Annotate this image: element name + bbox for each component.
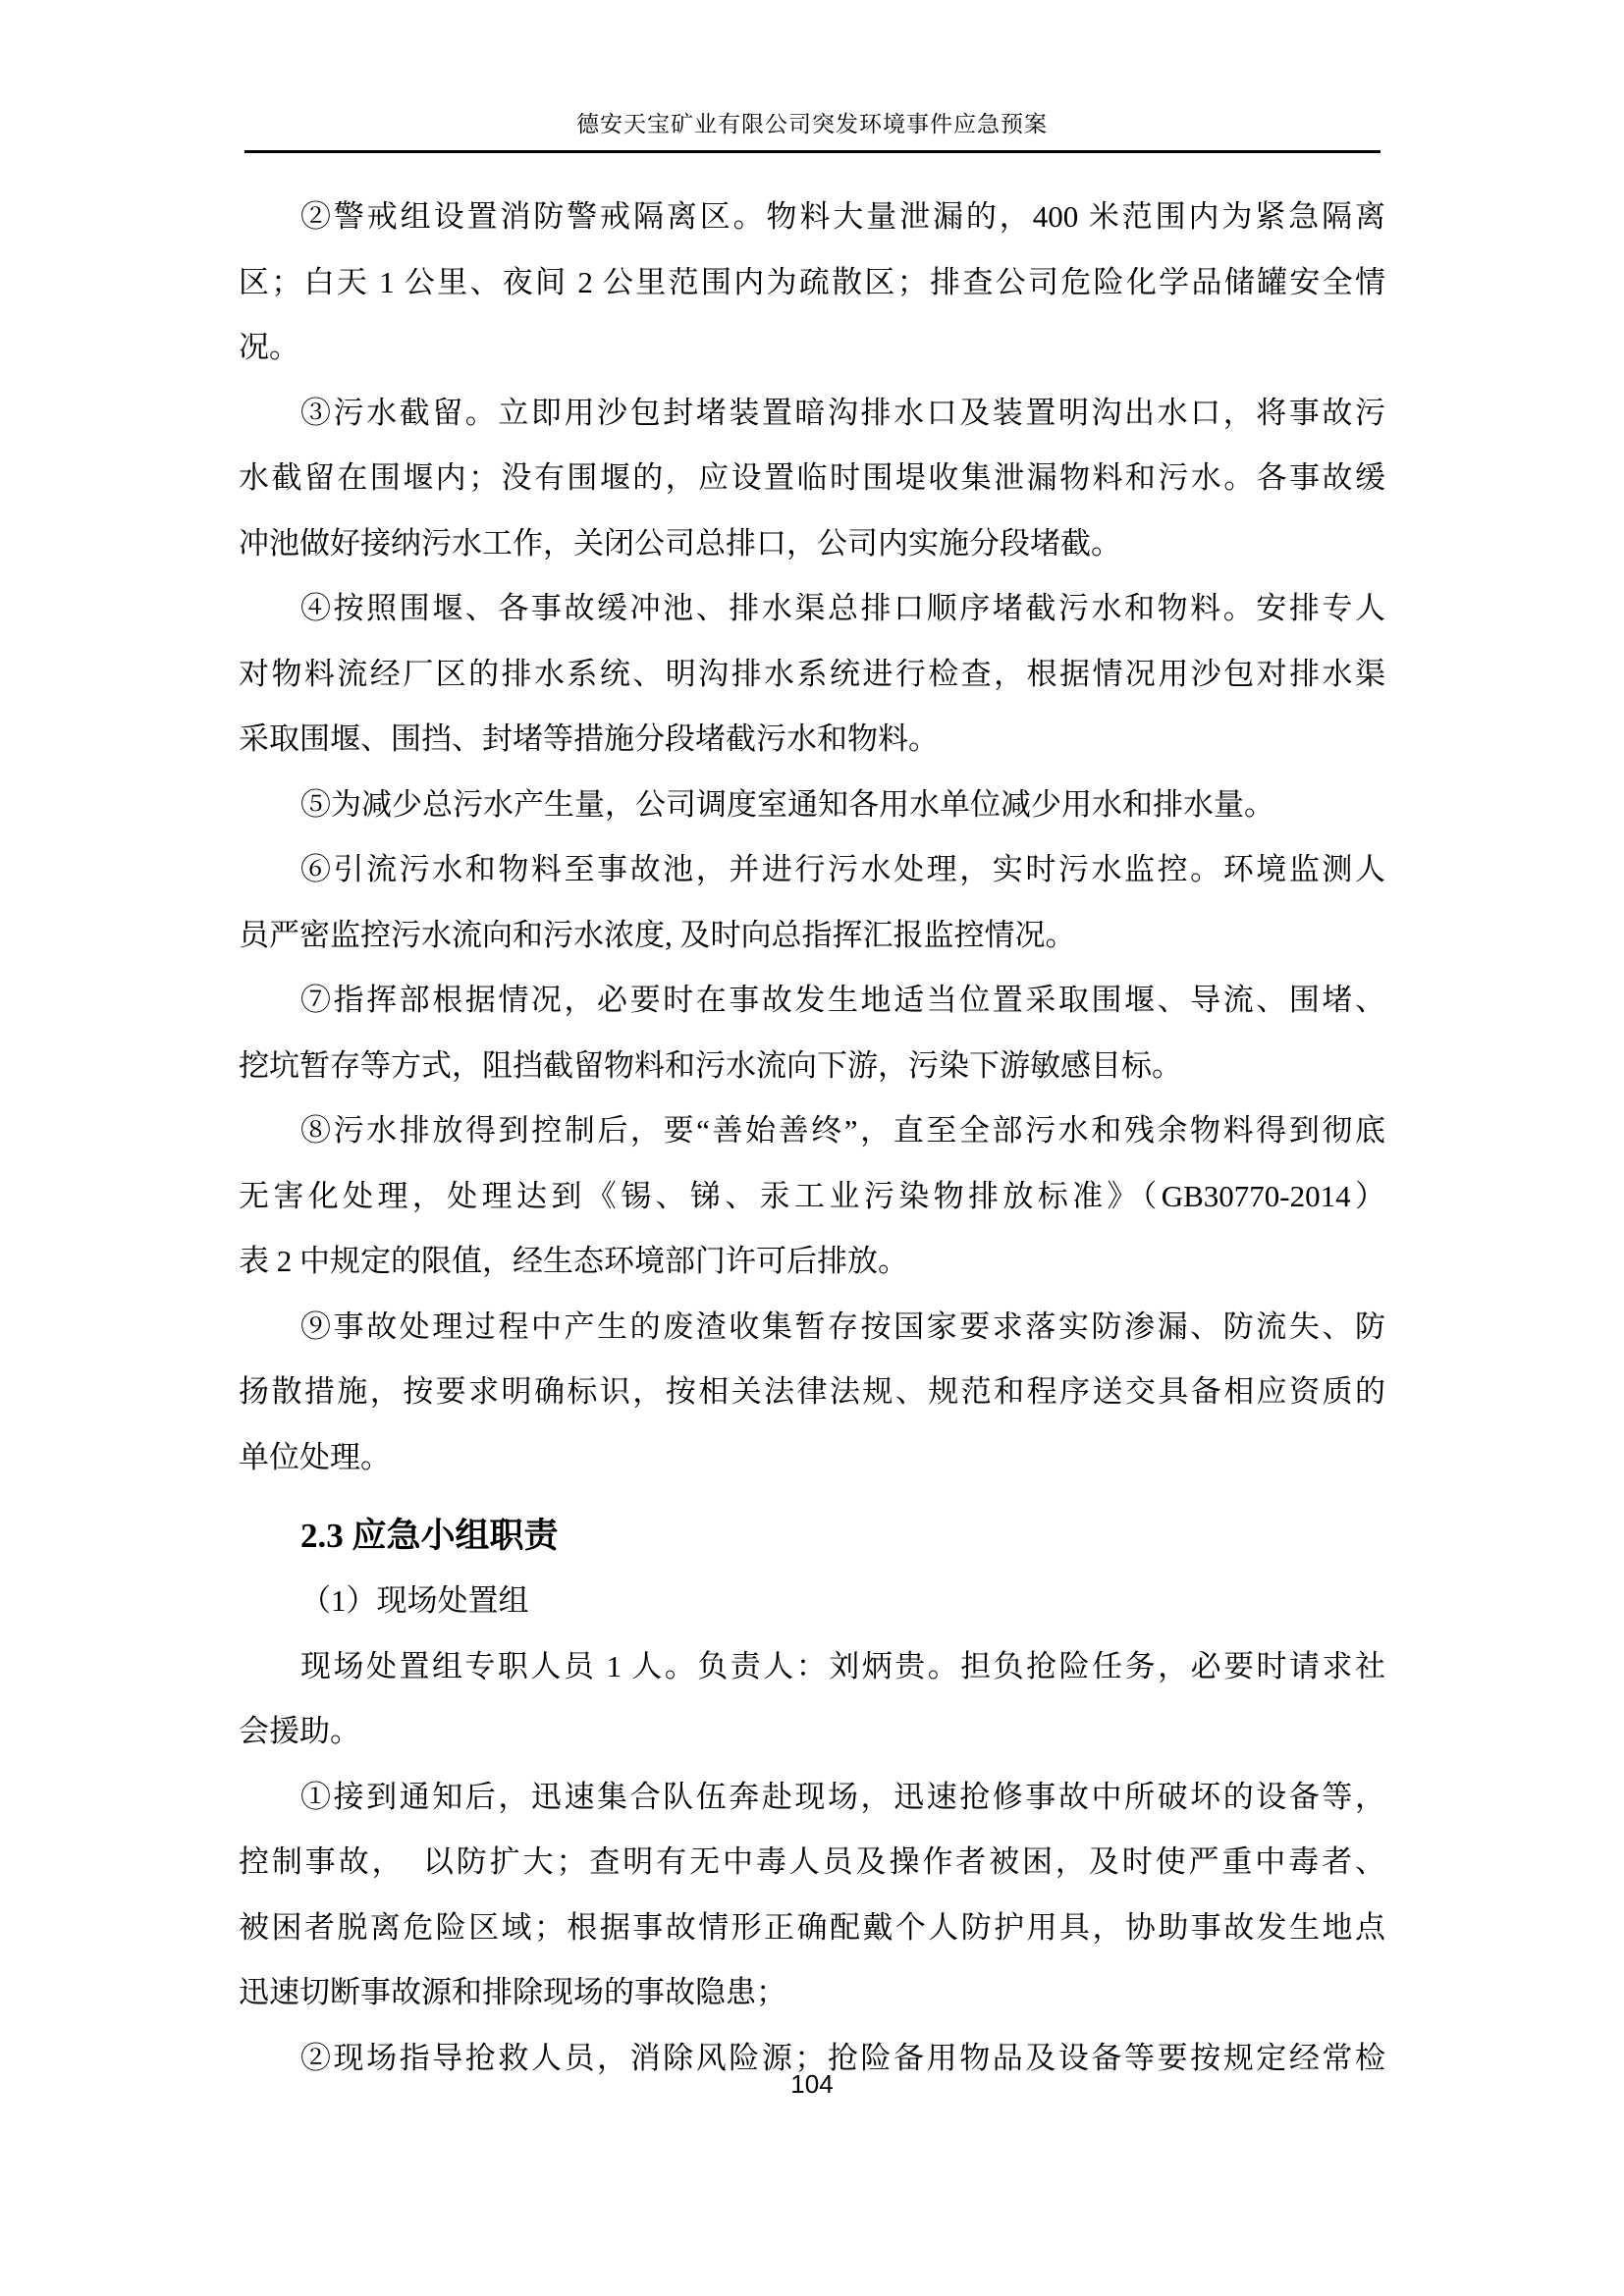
text-line: （1）现场处置组 xyxy=(239,1569,1385,1634)
text-line: 会援助。 xyxy=(239,1699,1385,1765)
text-line: 被困者脱离危险区域；根据事故情形正确配戴个人防护用具，协助事故发生地点 xyxy=(239,1896,1385,1961)
text-line: ⑥引流污水和物料至事故池，并进行污水处理，实时污水监控。环境监测人 xyxy=(239,837,1385,903)
text-line: ②警戒组设置消防警戒隔离区。物料大量泄漏的，400 米范围内为紧急隔离 xyxy=(239,185,1385,250)
section-heading: 2.3 应急小组职责 xyxy=(239,1510,1385,1563)
header-divider xyxy=(244,150,1380,153)
text-line: 迅速切断事故源和排除现场的事故隐患； xyxy=(239,1960,1385,2026)
text-line: ①接到通知后，迅速集合队伍奔赴现场，迅速抢修事故中所破坏的设备等， xyxy=(239,1765,1385,1831)
page-number: 104 xyxy=(0,2067,1624,2101)
text-line: 对物料流经厂区的排水系统、明沟排水系统进行检查，根据情况用沙包对排水渠 xyxy=(239,642,1385,708)
page-header-title: 德安天宝矿业有限公司突发环境事件应急预案 xyxy=(0,108,1624,141)
document-page: 德安天宝矿业有限公司突发环境事件应急预案 ②警戒组设置消防警戒隔离区。物料大量泄… xyxy=(0,0,1624,2296)
text-line: 表 2 中规定的限值，经生态环境部门许可后排放。 xyxy=(239,1229,1385,1295)
text-line: 无害化处理，处理达到《锡、锑、汞工业污染物排放标准》（GB30770-2014） xyxy=(239,1164,1385,1230)
text-line: 扬散措施，按要求明确标识，按相关法律法规、规范和程序送交具备相应资质的 xyxy=(239,1360,1385,1425)
text-line: ⑦指挥部根据情况，必要时在事故发生地适当位置采取围堰、导流、围堵、 xyxy=(239,968,1385,1034)
text-line: 采取围堰、围挡、封堵等措施分段堵截污水和物料。 xyxy=(239,707,1385,773)
text-line: ⑤为减少总污水产生量，公司调度室通知各用水单位减少用水和排水量。 xyxy=(239,773,1385,838)
text-line: 况。 xyxy=(239,315,1385,381)
text-line: 区；白天 1 公里、夜间 2 公里范围内为疏散区；排查公司危险化学品储罐安全情 xyxy=(239,250,1385,316)
text-line: 控制事故， 以防扩大；查明有无中毒人员及操作者被困，及时使严重中毒者、 xyxy=(239,1830,1385,1896)
text-line: 挖坑暂存等方式，阻挡截留物料和污水流向下游，污染下游敏感目标。 xyxy=(239,1034,1385,1099)
text-line: 员严密监控污水流向和污水浓度, 及时向总指挥汇报监控情况。 xyxy=(239,903,1385,969)
text-line: 现场处置组专职人员 1 人。负责人：刘炳贵。担负抢险任务，必要时请求社 xyxy=(239,1634,1385,1700)
text-line: 冲池做好接纳污水工作，关闭公司总排口，公司内实施分段堵截。 xyxy=(239,511,1385,577)
text-line: 水截留在围堰内；没有围堰的，应设置临时围堤收集泄漏物料和污水。各事故缓 xyxy=(239,446,1385,511)
text-line: ③污水截留。立即用沙包封堵装置暗沟排水口及装置明沟出水口，将事故污 xyxy=(239,381,1385,447)
document-body: ②警戒组设置消防警戒隔离区。物料大量泄漏的，400 米范围内为紧急隔离区；白天 … xyxy=(239,185,1385,2091)
text-line: ⑧污水排放得到控制后，要“善始善终”，直至全部污水和残余物料得到彻底 xyxy=(239,1098,1385,1164)
text-line: 单位处理。 xyxy=(239,1425,1385,1491)
text-line: ⑨事故处理过程中产生的废渣收集暂存按国家要求落实防渗漏、防流失、防 xyxy=(239,1295,1385,1361)
text-line: ④按照围堰、各事故缓冲池、排水渠总排口顺序堵截污水和物料。安排专人 xyxy=(239,576,1385,642)
